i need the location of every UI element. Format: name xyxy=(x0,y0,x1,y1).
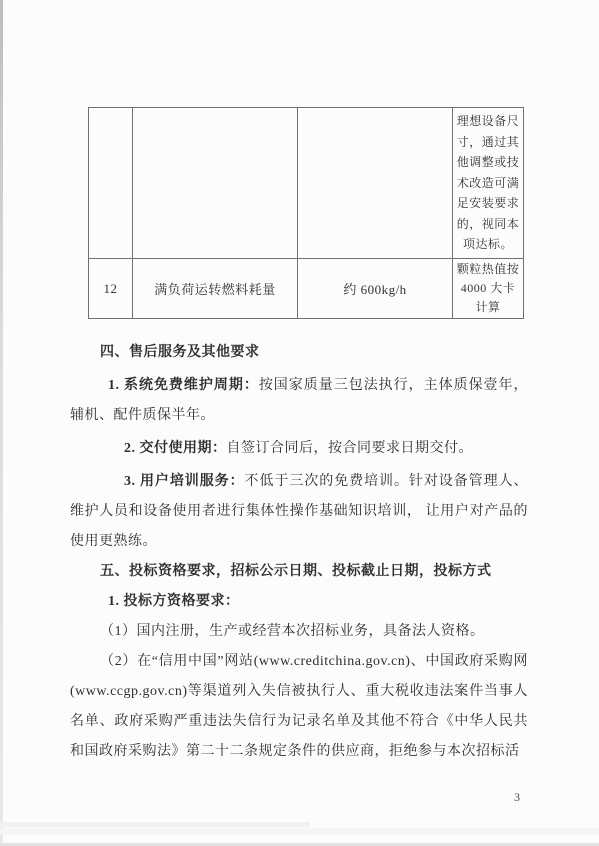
paragraph-lead: 3. 用户培训服务： xyxy=(124,474,245,489)
cell-row-number: 12 xyxy=(89,259,133,319)
paragraph-delivery-period: 2. 交付使用期：自签订合同后，按合同要求日期交付。 xyxy=(70,434,528,464)
table-row-12: 12 满负荷运转燃料耗量 约 600kg/h 颗粒热值按 4000 大卡 计算 xyxy=(89,259,524,319)
page-number: 3 xyxy=(514,790,520,805)
section-5-heading: 五、投标资格要求，招标公示日期、投标截止日期，投标方式 xyxy=(70,557,528,587)
scan-edge-left xyxy=(0,0,3,846)
paragraph-text: 自签订合同后，按合同要求日期交付。 xyxy=(227,441,474,456)
paragraph-user-training: 3. 用户培训服务：不低于三次的免费培训。针对设备管理人、维护人员和设备使用者进… xyxy=(70,467,528,557)
table-row-continued: 理想设备尺寸，通过其他调整或技术改造可满足安装要求的，视同本项达标。 xyxy=(89,108,524,259)
document-page: 理想设备尺寸，通过其他调整或技术改造可满足安装要求的，视同本项达标。 12 满负… xyxy=(0,0,599,846)
paragraph-qualification-2: （2）在“信用中国”网站(www.creditchina.gov.cn)、中国政… xyxy=(70,647,528,767)
cell-remark: 理想设备尺寸，通过其他调整或技术改造可满足安装要求的，视同本项达标。 xyxy=(453,108,524,259)
paragraph-qualification-1: （1）国内注册，生产或经营本次招标业务，具备法人资格。 xyxy=(70,617,528,647)
paragraph-bidder-qualification-heading: 1. 投标方资格要求： xyxy=(70,587,528,617)
paragraph-lead: 2. 交付使用期： xyxy=(124,441,227,456)
spec-table: 理想设备尺寸，通过其他调整或技术改造可满足安装要求的，视同本项达标。 12 满负… xyxy=(88,107,524,319)
paragraph-text: （2）在“信用中国”网站(www.creditchina.gov.cn)、中国政… xyxy=(70,654,528,759)
scan-artifact xyxy=(0,822,310,827)
cell-item-name: 满负荷运转燃料耗量 xyxy=(133,259,298,319)
section-4-heading: 四、售后服务及其他要求 xyxy=(70,338,528,368)
cell-item-name xyxy=(133,108,298,259)
paragraph-text: （1）国内注册，生产或经营本次招标业务，具备法人资格。 xyxy=(100,624,485,639)
paragraph-maintenance-period: 1. 系统免费维护周期：按国家质量三包法执行，主体质保壹年，辅机、配件质保半年。 xyxy=(70,371,528,431)
cell-item-value xyxy=(298,108,453,259)
cell-row-number xyxy=(89,108,133,259)
cell-remark: 颗粒热值按 4000 大卡 计算 xyxy=(453,259,524,319)
paragraph-lead: 1. 系统免费维护周期： xyxy=(108,378,259,393)
document-body-text: 四、售后服务及其他要求 1. 系统免费维护周期：按国家质量三包法执行，主体质保壹… xyxy=(70,338,528,767)
scan-artifact xyxy=(0,828,599,834)
cell-item-value: 约 600kg/h xyxy=(298,259,453,319)
paragraph-lead: 1. 投标方资格要求： xyxy=(108,594,240,609)
